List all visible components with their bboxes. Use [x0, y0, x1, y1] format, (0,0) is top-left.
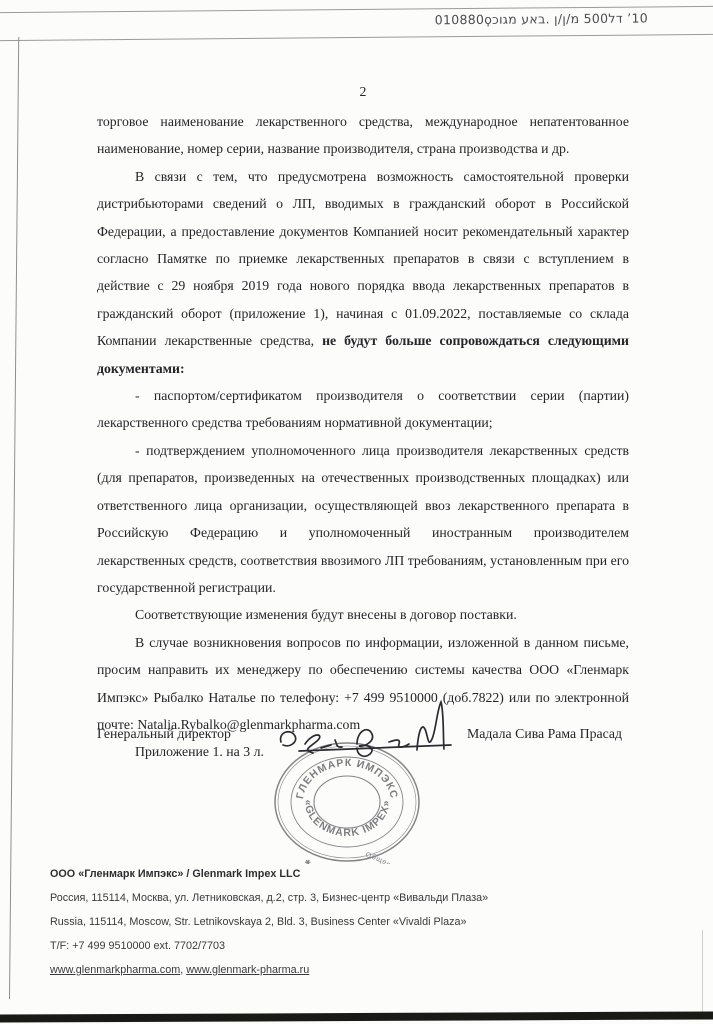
handwritten-signature [265, 698, 475, 768]
website-link-ru[interactable]: www.glenmark-pharma.ru [186, 964, 309, 976]
paragraph-contract-changes: Соответствующие изменения будут внесены … [97, 601, 629, 628]
website-link-com[interactable]: www.glenmarkpharma.com [50, 964, 180, 976]
stamp-outer-text: Общество с ограниченной ответственностью… [276, 850, 418, 864]
footer-company-name: ООО «Гленмарк Импэкс» / Glenmark Impex L… [50, 862, 650, 886]
scan-edge-left [9, 37, 20, 999]
fax-banner-text: 010880ϙכוגמ עאב. ן/ן/מ 500לד ’10 [435, 10, 648, 27]
paragraph-continuation: торговое наименование лекарственного сре… [97, 108, 629, 163]
footer-address-en: Russia, 115114, Moscow, Str. Letnikovska… [50, 910, 650, 934]
scan-edge-right [702, 930, 703, 1015]
footer-websites: www.glenmarkpharma.com, www.glenmark-pha… [50, 958, 650, 982]
svg-text:Общество с ограниченной ответс: Общество с ограниченной ответственностью… [276, 850, 418, 864]
stamp-name-en: «GLENMARK IMPEX» [302, 799, 392, 839]
footer-phone: T/F: +7 499 9510000 ext. 7702/7703 [50, 934, 650, 958]
letter-body: торговое наименование лекарственного сре… [97, 108, 629, 766]
signer-title: Генеральный директор [97, 726, 231, 742]
bullet-passport: - паспортом/сертификатом производителя о… [97, 382, 629, 437]
paragraph-main-text: В связи с тем, что предусмотрена возможн… [97, 169, 629, 348]
bullet-confirmation: - подтверждением уполномоченного лица пр… [97, 437, 629, 601]
scan-edge-bottom [0, 1011, 713, 1022]
scanned-letter-page: 010880ϙכוגמ עאב. ן/ן/מ 500לד ’10 2 торго… [0, 0, 713, 1024]
page-number: 2 [97, 84, 629, 100]
letterhead-footer: ООО «Гленмарк Импэкс» / Glenmark Impex L… [50, 862, 650, 982]
paragraph-main: В связи с тем, что предусмотрена возможн… [97, 163, 629, 382]
svg-text:«GLENMARK IMPEX»: «GLENMARK IMPEX» [302, 799, 392, 839]
signer-name: Мадала Сива Рама Прасад [467, 726, 622, 742]
fax-banner: 010880ϙכוגמ עאב. ן/ן/מ 500לד ’10 [0, 6, 713, 41]
footer-address-ru: Россия, 115114, Москва, ул. Летниковская… [50, 886, 650, 910]
